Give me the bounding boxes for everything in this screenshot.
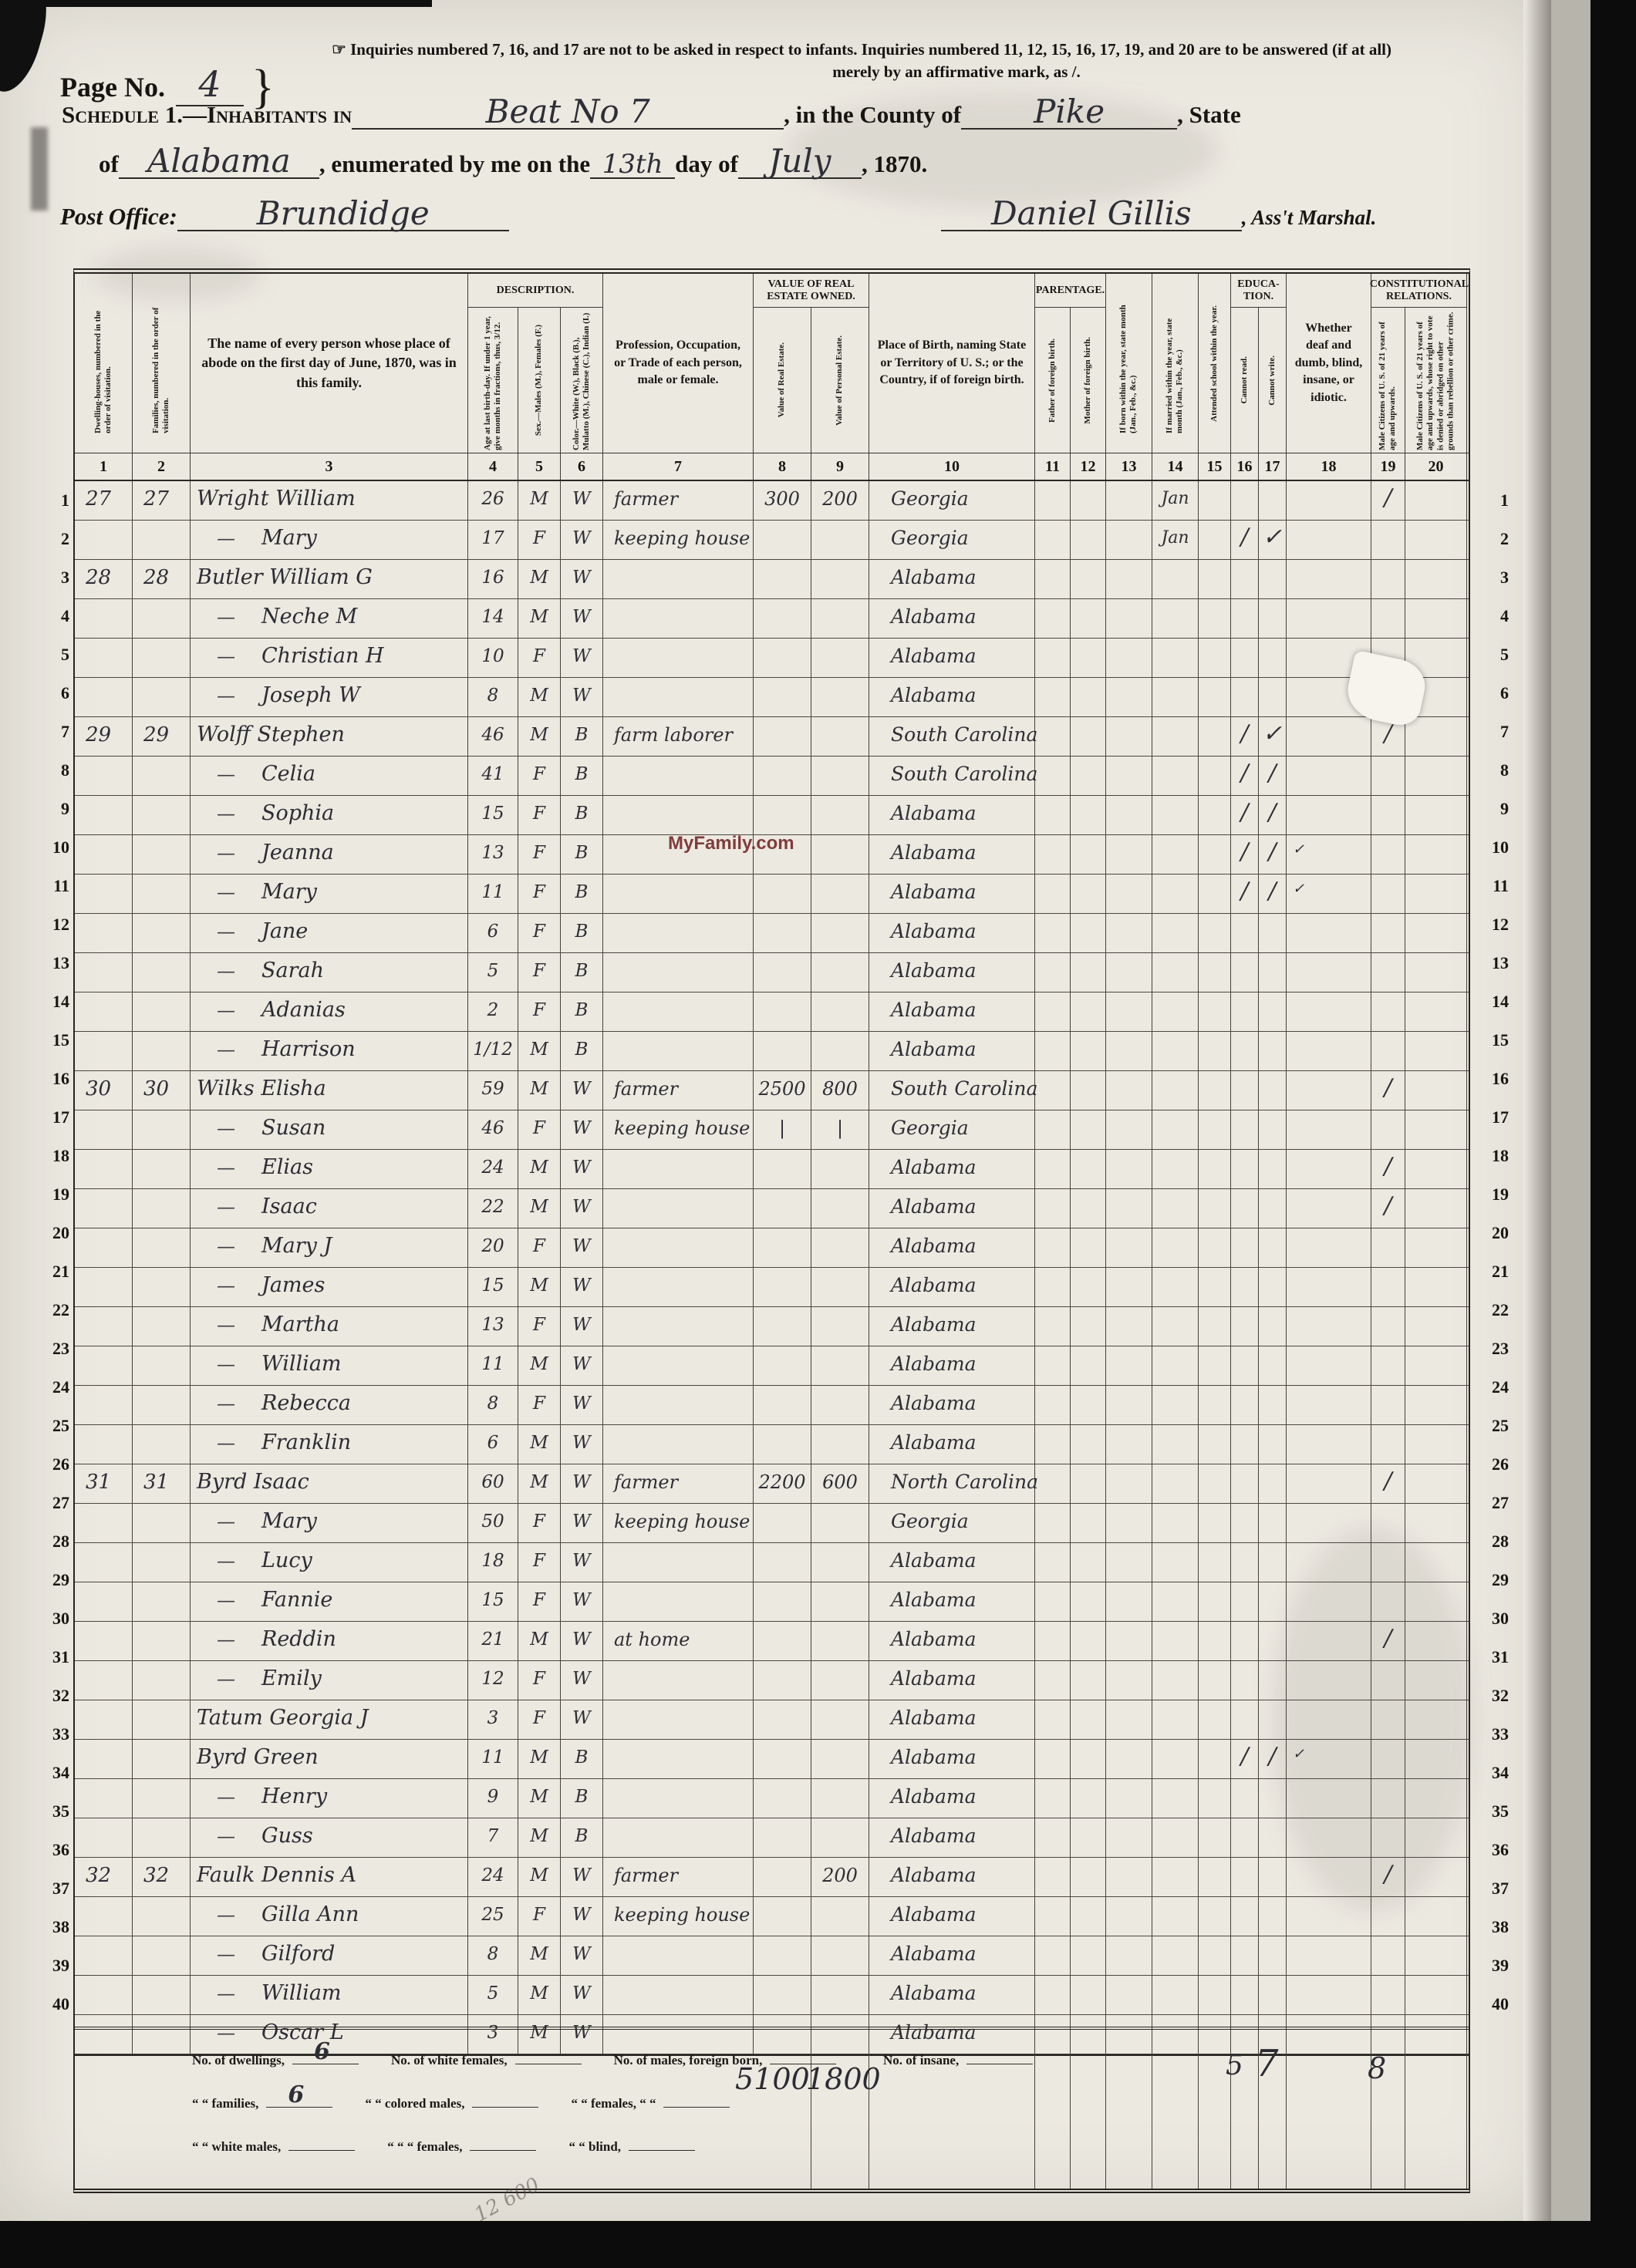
cell-m14 bbox=[1152, 1386, 1199, 1424]
cannot-read-total: 5 bbox=[1226, 2050, 1243, 2081]
line-number: 38 bbox=[1492, 1908, 1509, 1946]
cell-m15 bbox=[1199, 1818, 1231, 1857]
cell-dw bbox=[75, 953, 133, 992]
column-label: The name of every person whose place of … bbox=[191, 331, 467, 396]
cell-value: Alabama bbox=[869, 1667, 976, 1690]
cell-value: W bbox=[561, 560, 602, 595]
cell-m15 bbox=[1199, 1346, 1231, 1385]
cell-nm: Wilks Elisha bbox=[191, 1071, 468, 1110]
cell-value: 29 bbox=[75, 723, 111, 746]
census-row: —Emily12FWAlabama bbox=[75, 1661, 1469, 1700]
cell-dw bbox=[75, 1582, 133, 1621]
cell-value: B bbox=[561, 796, 602, 831]
column-number: 7 bbox=[603, 453, 754, 480]
cell-re bbox=[754, 1622, 811, 1660]
census-row: —Sophia15FBAlabama// bbox=[75, 796, 1469, 835]
cell-value: M bbox=[518, 1032, 560, 1067]
cell-m13 bbox=[1106, 875, 1152, 913]
line-number: 36 bbox=[1492, 1831, 1509, 1869]
cell-m16 bbox=[1231, 1504, 1259, 1542]
cell-m14 bbox=[1152, 835, 1199, 874]
census-row: —Elias24MWAlabama/ bbox=[75, 1150, 1469, 1189]
cell-m11 bbox=[1035, 1779, 1071, 1818]
cell-value: W bbox=[561, 1425, 602, 1461]
cell-oc bbox=[603, 875, 754, 913]
cell-sx: F bbox=[518, 1386, 561, 1424]
cell-bp: Alabama bbox=[869, 1661, 1035, 1700]
cell-dw bbox=[75, 1110, 133, 1149]
cell-cl: W bbox=[561, 1700, 603, 1739]
cell-ag: 60 bbox=[468, 1464, 518, 1503]
cell-dw bbox=[75, 1150, 133, 1188]
cell-m16 bbox=[1231, 481, 1259, 520]
cell-value: / bbox=[1231, 757, 1258, 790]
cell-value: M bbox=[518, 1976, 560, 2011]
cell-m14 bbox=[1152, 992, 1199, 1031]
cell-m15 bbox=[1199, 1582, 1231, 1621]
cell-value: / bbox=[1259, 757, 1286, 790]
ditto-dash: — bbox=[217, 1825, 235, 1847]
cell-m16 bbox=[1231, 1661, 1259, 1700]
person-name: William bbox=[255, 1352, 342, 1376]
column-header-19: Male Citizens of U. S. of 21 years of ag… bbox=[1371, 308, 1405, 453]
cell-m15 bbox=[1199, 1622, 1231, 1660]
cell-re bbox=[754, 560, 811, 598]
cell-m17 bbox=[1259, 481, 1287, 520]
column-number: 14 bbox=[1152, 453, 1199, 480]
cell-nm: —Gilla Ann bbox=[191, 1897, 468, 1936]
cell-m14 bbox=[1152, 757, 1199, 795]
cell-m17 bbox=[1259, 678, 1287, 716]
cell-m14 bbox=[1152, 1425, 1199, 1464]
cell-nm: —Jane bbox=[191, 914, 468, 952]
cell-fa bbox=[133, 1779, 191, 1818]
cell-value: Alabama bbox=[869, 1707, 976, 1729]
cell-m13 bbox=[1106, 1661, 1152, 1700]
cell-m18 bbox=[1287, 717, 1371, 756]
cell-m20 bbox=[1405, 796, 1467, 834]
cell-m19: / bbox=[1371, 481, 1405, 520]
cell-ag: 59 bbox=[468, 1071, 518, 1110]
cell-m17 bbox=[1259, 1976, 1287, 2014]
ditto-dash: — bbox=[217, 1393, 235, 1414]
cell-m19: / bbox=[1371, 1622, 1405, 1660]
cell-re bbox=[754, 1661, 811, 1700]
cell-value: B bbox=[561, 1818, 602, 1854]
cell-value: 32 bbox=[133, 1864, 169, 1887]
cell-m12 bbox=[1071, 1740, 1106, 1778]
census-row: —Mary J20FWAlabama bbox=[75, 1228, 1469, 1268]
cell-bp: Alabama bbox=[869, 1936, 1035, 1975]
cell-value: F bbox=[518, 1386, 560, 1421]
cell-m13 bbox=[1106, 1700, 1152, 1739]
line-number: 33 bbox=[1492, 1715, 1509, 1754]
cell-oc bbox=[603, 1543, 754, 1582]
cell-value: W bbox=[561, 1504, 602, 1539]
cell-pe: 200 bbox=[811, 481, 869, 520]
cell-m13 bbox=[1106, 599, 1152, 638]
cell-oc bbox=[603, 796, 754, 834]
line-number: 10 bbox=[1492, 828, 1509, 867]
cell-dw bbox=[75, 1189, 133, 1228]
cell-oc bbox=[603, 678, 754, 716]
cell-value: B bbox=[561, 835, 602, 871]
cell-m13 bbox=[1106, 1346, 1152, 1385]
footer-item: “ “ “ females, bbox=[387, 2135, 536, 2155]
cell-value: 46 bbox=[468, 1110, 518, 1146]
cell-bp: Alabama bbox=[869, 1818, 1035, 1857]
person-name: Rebecca bbox=[255, 1391, 351, 1415]
cell-value: W bbox=[561, 1110, 602, 1146]
cell-m14 bbox=[1152, 1307, 1199, 1346]
line-number: 4 bbox=[1500, 597, 1509, 635]
cell-m13 bbox=[1106, 1543, 1152, 1582]
ditto-dash: — bbox=[217, 1117, 235, 1139]
cell-ag: 6 bbox=[468, 1425, 518, 1464]
cell-value: 30 bbox=[133, 1077, 169, 1100]
cell-value: W bbox=[561, 1976, 602, 2011]
cell-oc: farm laborer bbox=[603, 717, 754, 756]
cell-value: Georgia bbox=[869, 1510, 969, 1532]
cell-m19 bbox=[1371, 1228, 1405, 1267]
cell-pe bbox=[811, 678, 869, 716]
column-header-8: Value of Real Estate. bbox=[754, 308, 811, 453]
cell-m20 bbox=[1405, 1346, 1467, 1385]
cell-value: 11 bbox=[468, 1740, 518, 1775]
person-name: Jane bbox=[255, 919, 308, 943]
cell-fa bbox=[133, 1543, 191, 1582]
cell-value: 1/12 bbox=[468, 1032, 518, 1067]
cell-m16 bbox=[1231, 992, 1259, 1031]
cell-cl: W bbox=[561, 1228, 603, 1267]
cell-value: W bbox=[561, 481, 602, 517]
cell-m12 bbox=[1071, 1386, 1106, 1424]
column-header-6: Color.—White (W.), Black (B.), Mulatto (… bbox=[561, 308, 603, 453]
cell-m14 bbox=[1152, 717, 1199, 756]
cell-m15 bbox=[1199, 757, 1231, 795]
line-number: 19 bbox=[52, 1175, 69, 1214]
cell-value: 6 bbox=[468, 914, 518, 949]
cell-bp: Georgia bbox=[869, 1504, 1035, 1542]
cell-oc bbox=[603, 1740, 754, 1778]
cell-oc bbox=[603, 1818, 754, 1857]
cell-m16 bbox=[1231, 953, 1259, 992]
cell-m16: / bbox=[1231, 521, 1259, 559]
cell-m12 bbox=[1071, 599, 1106, 638]
line-number: 1 bbox=[61, 481, 69, 520]
cell-sx: F bbox=[518, 1700, 561, 1739]
cell-m15 bbox=[1199, 875, 1231, 913]
cell-bp: Alabama bbox=[869, 1543, 1035, 1582]
census-scan: Page No. 4 } ☞ Inquiries numbered 7, 16,… bbox=[0, 0, 1636, 2268]
cell-m14: Jan bbox=[1152, 481, 1199, 520]
cell-cl: B bbox=[561, 953, 603, 992]
cell-nm: —Reddin bbox=[191, 1622, 468, 1660]
cell-value: 8 bbox=[468, 1936, 518, 1972]
cell-m12 bbox=[1071, 1110, 1106, 1149]
cell-bp: Alabama bbox=[869, 639, 1035, 677]
cell-m15 bbox=[1199, 1504, 1231, 1542]
cell-value: M bbox=[518, 717, 560, 753]
cell-m11 bbox=[1035, 599, 1071, 638]
line-number: 40 bbox=[52, 1985, 69, 2024]
cell-m17 bbox=[1259, 1936, 1287, 1975]
cell-value: W bbox=[561, 1661, 602, 1697]
cell-m17 bbox=[1259, 1504, 1287, 1542]
cell-nm: Wolff Stephen bbox=[191, 717, 468, 756]
cell-pe bbox=[811, 1425, 869, 1464]
state-value: Alabama bbox=[147, 145, 291, 177]
cell-m16 bbox=[1231, 1543, 1259, 1582]
cell-m16: / bbox=[1231, 757, 1259, 795]
cell-oc bbox=[603, 639, 754, 677]
line-number: 40 bbox=[1492, 1985, 1509, 2024]
column-label: Age at last birth-day. If under 1 year, … bbox=[483, 310, 503, 450]
cell-m13 bbox=[1106, 1228, 1152, 1267]
cell-dw bbox=[75, 1936, 133, 1975]
cell-fa bbox=[133, 1504, 191, 1542]
cell-pe bbox=[811, 717, 869, 756]
cell-ag: 2 bbox=[468, 992, 518, 1031]
cell-value: 25 bbox=[468, 1897, 518, 1933]
cell-m11 bbox=[1035, 1818, 1071, 1857]
cell-m12 bbox=[1071, 1779, 1106, 1818]
cell-dw bbox=[75, 1897, 133, 1936]
cell-m15 bbox=[1199, 1386, 1231, 1424]
cell-cl: W bbox=[561, 1504, 603, 1542]
cell-value: ✓ bbox=[1287, 1746, 1304, 1762]
cell-m17 bbox=[1259, 1110, 1287, 1149]
cell-m16: / bbox=[1231, 717, 1259, 756]
cell-pe bbox=[811, 875, 869, 913]
cell-m11 bbox=[1035, 717, 1071, 756]
column-group-header: VALUE OF REAL ESTATE OWNED. bbox=[754, 274, 869, 308]
cell-cl: B bbox=[561, 1740, 603, 1778]
footer-item-value: 6 bbox=[288, 2081, 304, 2108]
line-number: 37 bbox=[1492, 1869, 1509, 1908]
column-label: Mother of foreign birth. bbox=[1083, 337, 1093, 424]
cell-m17 bbox=[1259, 914, 1287, 952]
cell-m11 bbox=[1035, 1936, 1071, 1975]
cell-m13 bbox=[1106, 717, 1152, 756]
cell-m11 bbox=[1035, 1150, 1071, 1188]
cell-ag: 41 bbox=[468, 757, 518, 795]
cell-re bbox=[754, 1543, 811, 1582]
cell-m19 bbox=[1371, 1110, 1405, 1149]
cell-nm: —Mary bbox=[191, 875, 468, 913]
line-number: 15 bbox=[1492, 1021, 1509, 1060]
footer-item-label: “ “ white males, bbox=[192, 2139, 281, 2154]
cell-re bbox=[754, 1307, 811, 1346]
cell-value: Alabama bbox=[869, 1274, 976, 1296]
person-name: Wright William bbox=[191, 487, 356, 511]
cell-sx: M bbox=[518, 1740, 561, 1778]
cell-m15 bbox=[1199, 1464, 1231, 1503]
cell-m16 bbox=[1231, 639, 1259, 677]
cell-value: Alabama bbox=[869, 645, 976, 667]
cell-m12 bbox=[1071, 1858, 1106, 1896]
person-name: Christian H bbox=[255, 644, 384, 668]
column-header-17: Cannot write. bbox=[1259, 308, 1287, 453]
cell-pe bbox=[811, 835, 869, 874]
cell-m11 bbox=[1035, 1464, 1071, 1503]
cell-bp: Alabama bbox=[869, 599, 1035, 638]
cell-m18: ✓ bbox=[1287, 835, 1371, 874]
column-header-10: Place of Birth, naming State or Territor… bbox=[869, 274, 1035, 453]
footer-item-blank bbox=[470, 2135, 536, 2151]
cell-m11 bbox=[1035, 1858, 1071, 1896]
cannot-write-total: 7 bbox=[1255, 2042, 1279, 2085]
person-name: William bbox=[255, 1981, 342, 2005]
line-number: 34 bbox=[1492, 1754, 1509, 1792]
cell-m15 bbox=[1199, 1700, 1231, 1739]
cell-bp: Alabama bbox=[869, 560, 1035, 598]
ditto-dash: — bbox=[217, 921, 235, 942]
cell-ag: 1/12 bbox=[468, 1032, 518, 1070]
cell-nm: —Celia bbox=[191, 757, 468, 795]
census-row: —Joseph W8MWAlabama bbox=[75, 678, 1469, 717]
cell-fa bbox=[133, 835, 191, 874]
cell-dw bbox=[75, 796, 133, 834]
cell-value: M bbox=[518, 1425, 560, 1461]
cell-oc bbox=[603, 1582, 754, 1621]
of-label: of bbox=[99, 152, 119, 179]
cell-fa bbox=[133, 953, 191, 992]
cell-m17 bbox=[1259, 1858, 1287, 1896]
cell-value: 13 bbox=[468, 835, 518, 871]
cell-m13 bbox=[1106, 1268, 1152, 1306]
cell-value: W bbox=[561, 1228, 602, 1264]
cell-value: Alabama bbox=[869, 1431, 976, 1454]
cell-m18 bbox=[1287, 1110, 1371, 1149]
cell-ag: 18 bbox=[468, 1543, 518, 1582]
cell-m13 bbox=[1106, 1582, 1152, 1621]
cell-pe bbox=[811, 1897, 869, 1936]
line-number: 18 bbox=[52, 1137, 69, 1175]
person-name: Wilks Elisha bbox=[191, 1077, 326, 1100]
cell-value: ✓ bbox=[1287, 881, 1304, 897]
cell-sx: M bbox=[518, 1150, 561, 1188]
cell-cl: B bbox=[561, 992, 603, 1031]
cell-sx: M bbox=[518, 1818, 561, 1857]
cell-m14 bbox=[1152, 1897, 1199, 1936]
cell-m20 bbox=[1405, 1268, 1467, 1306]
person-name: Gilla Ann bbox=[255, 1902, 359, 1926]
cell-cl: B bbox=[561, 717, 603, 756]
cell-fa bbox=[133, 1622, 191, 1660]
cell-cl: W bbox=[561, 1150, 603, 1188]
column-label: Value of Personal Estate. bbox=[835, 335, 845, 426]
cell-nm: —James bbox=[191, 1268, 468, 1306]
cell-bp: Alabama bbox=[869, 1150, 1035, 1188]
cell-dw bbox=[75, 1779, 133, 1818]
cell-bp: Alabama bbox=[869, 1976, 1035, 2014]
column-number: 16 bbox=[1231, 453, 1259, 480]
cell-m15 bbox=[1199, 1032, 1231, 1070]
cell-m17 bbox=[1259, 1897, 1287, 1936]
cell-m14 bbox=[1152, 1779, 1199, 1818]
line-number: 21 bbox=[52, 1252, 69, 1291]
cell-value: / bbox=[1231, 875, 1258, 908]
note-line2: merely by an affirmative mark, as /. bbox=[532, 61, 1381, 83]
cell-nm: —Joseph W bbox=[191, 678, 468, 716]
cell-m11 bbox=[1035, 1543, 1071, 1582]
cell-value: Alabama bbox=[869, 999, 976, 1021]
cell-fa bbox=[133, 1346, 191, 1385]
ditto-dash: — bbox=[217, 803, 235, 824]
cell-m12 bbox=[1071, 1150, 1106, 1188]
cell-m15 bbox=[1199, 1661, 1231, 1700]
line-number: 19 bbox=[1492, 1175, 1509, 1214]
cell-pe bbox=[811, 1661, 869, 1700]
cell-m18 bbox=[1287, 1779, 1371, 1818]
column-label: Cannot write. bbox=[1267, 356, 1277, 406]
cell-m16 bbox=[1231, 1346, 1259, 1385]
column-label: Value of Real Estate. bbox=[777, 342, 787, 417]
cell-fa bbox=[133, 1700, 191, 1739]
line-number: 16 bbox=[52, 1060, 69, 1098]
cell-m17 bbox=[1259, 1464, 1287, 1503]
cell-m12 bbox=[1071, 521, 1106, 559]
cell-m18 bbox=[1287, 1346, 1371, 1385]
county-label: , in the County of bbox=[784, 103, 961, 130]
cell-value: 11 bbox=[468, 1346, 518, 1382]
cell-ag: 15 bbox=[468, 796, 518, 834]
cell-oc bbox=[603, 1779, 754, 1818]
ditto-dash: — bbox=[217, 1432, 235, 1454]
cell-value: Alabama bbox=[869, 920, 976, 942]
cell-value: / bbox=[1231, 1740, 1258, 1774]
cell-dw bbox=[75, 1976, 133, 2014]
cell-cl: B bbox=[561, 914, 603, 952]
cell-cl: W bbox=[561, 1425, 603, 1464]
cell-pe bbox=[811, 639, 869, 677]
cell-re bbox=[754, 992, 811, 1031]
cell-value: 200 bbox=[811, 481, 869, 517]
cell-cl: W bbox=[561, 1268, 603, 1306]
cell-ag: 3 bbox=[468, 1700, 518, 1739]
cell-value: M bbox=[518, 1268, 560, 1303]
footer-item-label: No. of white females, bbox=[391, 2053, 508, 2067]
cell-m11 bbox=[1035, 1897, 1071, 1936]
cell-re bbox=[754, 1897, 811, 1936]
line-number: 7 bbox=[1500, 713, 1509, 751]
census-row: —Guss7MBAlabama bbox=[75, 1818, 1469, 1858]
cell-re bbox=[754, 1976, 811, 2014]
cell-m16: / bbox=[1231, 875, 1259, 913]
line-number: 37 bbox=[52, 1869, 69, 1908]
cell-value: W bbox=[561, 1582, 602, 1618]
cell-value: South Carolina bbox=[869, 1077, 1037, 1100]
cell-m17 bbox=[1259, 1189, 1287, 1228]
footer-column-line bbox=[1106, 2030, 1152, 2189]
cell-value: F bbox=[518, 1700, 560, 1736]
cell-m17: / bbox=[1259, 757, 1287, 795]
cell-m18 bbox=[1287, 1425, 1371, 1464]
line-number: 20 bbox=[1492, 1214, 1509, 1252]
cell-value: Georgia bbox=[869, 1117, 969, 1139]
person-name: Butler William G bbox=[191, 565, 373, 589]
cell-bp: Alabama bbox=[869, 1032, 1035, 1070]
cell-m13 bbox=[1106, 678, 1152, 716]
footer-item-label: “ “ blind, bbox=[568, 2139, 621, 2154]
cell-cl: B bbox=[561, 835, 603, 874]
cell-m16 bbox=[1231, 1032, 1259, 1070]
cell-ag: 14 bbox=[468, 599, 518, 638]
cell-value: W bbox=[561, 639, 602, 674]
cell-value: Alabama bbox=[869, 1864, 976, 1886]
cell-value: / bbox=[1231, 717, 1258, 751]
